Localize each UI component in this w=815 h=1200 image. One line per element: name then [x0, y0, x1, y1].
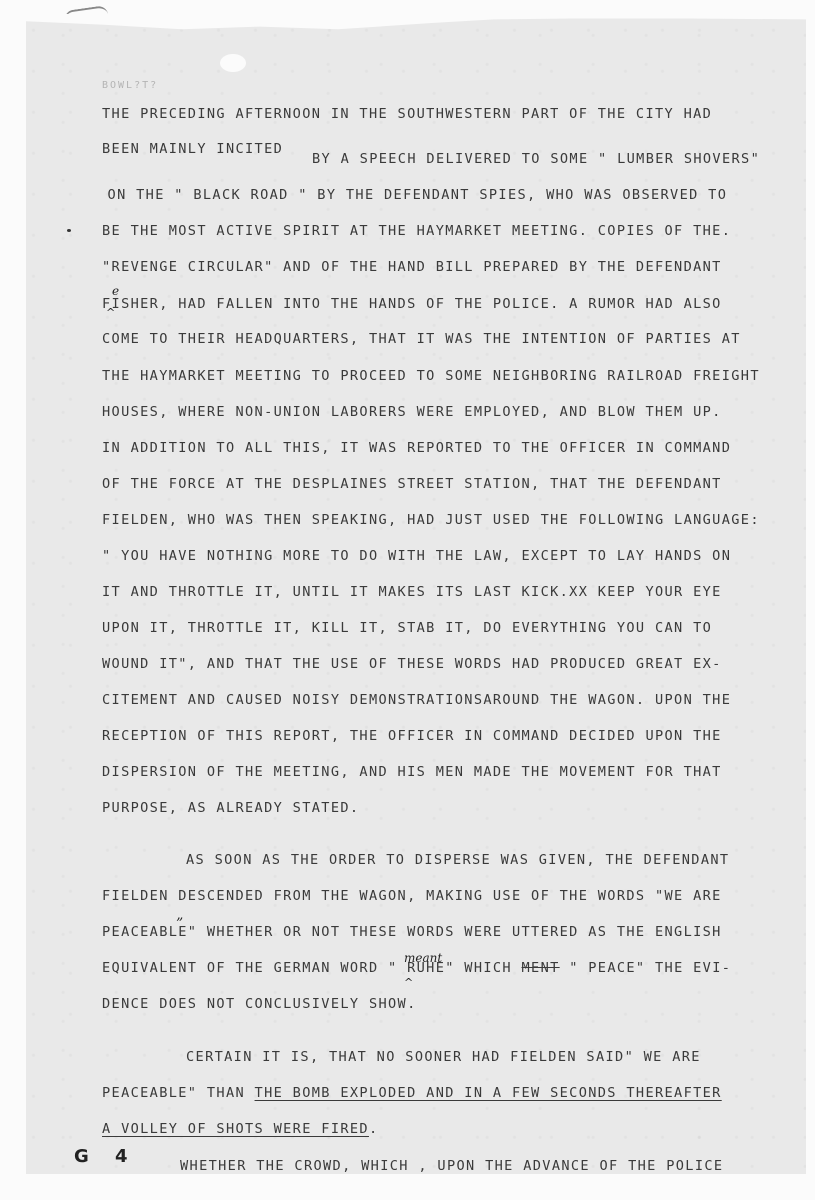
text-line: IT AND THROTTLE IT, UNTIL IT MAKES ITS L… — [102, 584, 722, 600]
text-line: CITEMENT AND CAUSED NOISY DEMONSTRATIONS… — [102, 692, 731, 708]
paper-hole — [220, 54, 246, 72]
underlined-text: A VOLLEY OF SHOTS WERE FIRED — [102, 1121, 369, 1137]
text-line: DISPERSION OF THE MEETING, AND HIS MEN M… — [102, 764, 722, 780]
text-segment: . — [369, 1121, 379, 1137]
text-line: FIELDEN DESCENDED FROM THE WAGON, MAKING… — [102, 888, 722, 904]
handwritten-quote: ” — [176, 916, 183, 932]
text-line: A VOLLEY OF SHOTS WERE FIRED. — [102, 1121, 379, 1137]
text-line: BE THE MOST ACTIVE SPIRIT AT THE HAYMARK… — [102, 223, 731, 239]
text-line: DENCE DOES NOT CONCLUSIVELY SHOW. — [102, 996, 417, 1012]
text-line: UPON IT, THROTTLE IT, KILL IT, STAB IT, … — [102, 620, 712, 636]
text-line: RECEPTION OF THIS REPORT, THE OFFICER IN… — [102, 728, 722, 744]
text-line: FIELDEN, WHO WAS THEN SPEAKING, HAD JUST… — [102, 512, 760, 528]
text-line: THE HAYMARKET MEETING TO PROCEED TO SOME… — [102, 368, 760, 384]
text-line: COME TO THEIR HEADQUARTERS, THAT IT WAS … — [102, 331, 741, 347]
text-line: PEACEABLE" THAN THE BOMB EXPLODED AND IN… — [102, 1085, 722, 1101]
text-line: CERTAIN IT IS, THAT NO SOONER HAD FIELDE… — [186, 1049, 701, 1065]
text-segment: " PEACE" THE EVI- — [560, 960, 732, 976]
text-line: "REVENGE CIRCULAR" AND OF THE HAND BILL … — [102, 259, 722, 275]
text-line: " YOU HAVE NOTHING MORE TO DO WITH THE L… — [102, 548, 731, 564]
underlined-text: THE BOMB EXPLODED AND IN A FEW SECONDS T… — [255, 1085, 722, 1101]
handwritten-insert: e — [112, 284, 119, 298]
text-line: WHETHER THE CROWD, WHICH , UPON THE ADVA… — [180, 1158, 723, 1174]
text-line: BEEN MAINLY INCITED — [102, 141, 283, 157]
text-line: AS SOON AS THE ORDER TO DISPERSE WAS GIV… — [186, 852, 729, 868]
text-line: PURPOSE, AS ALREADY STATED. — [102, 800, 359, 816]
faint-stamp: BOWL?T? — [102, 80, 158, 91]
text-line: FISHER, HAD FALLEN INTO THE HANDS OF THE… — [102, 296, 722, 312]
text-segment: EQUIVALENT OF THE GERMAN WORD " RUHE" WH… — [102, 960, 522, 976]
text-line: BY A SPEECH DELIVERED TO SOME " LUMBER S… — [312, 151, 760, 167]
text-line: HOUSES, WHERE NON-UNION LABORERS WERE EM… — [102, 404, 722, 420]
struck-word: MENT — [522, 960, 560, 976]
text-line: PEACEABLE" WHETHER OR NOT THESE WORDS WE… — [102, 924, 722, 940]
handwritten-caret: ^ — [106, 306, 115, 319]
text-line: THE PRECEDING AFTERNOON IN THE SOUTHWEST… — [102, 106, 712, 122]
text-line: WOUND IT", AND THAT THE USE OF THESE WOR… — [102, 656, 722, 672]
text-line: ON THE " BLACK ROAD " BY THE DEFENDANT S… — [98, 187, 727, 203]
text-segment: PEACEABLE" THAN — [102, 1085, 255, 1101]
text-line: IN ADDITION TO ALL THIS, IT WAS REPORTED… — [102, 440, 731, 456]
margin-note: G 4 — [74, 1146, 138, 1167]
text-line: OF THE FORCE AT THE DESPLAINES STREET ST… — [102, 476, 722, 492]
handwritten-insert: meant — [404, 951, 442, 965]
handwritten-caret: ^ — [404, 976, 413, 989]
ink-dot — [67, 229, 71, 232]
